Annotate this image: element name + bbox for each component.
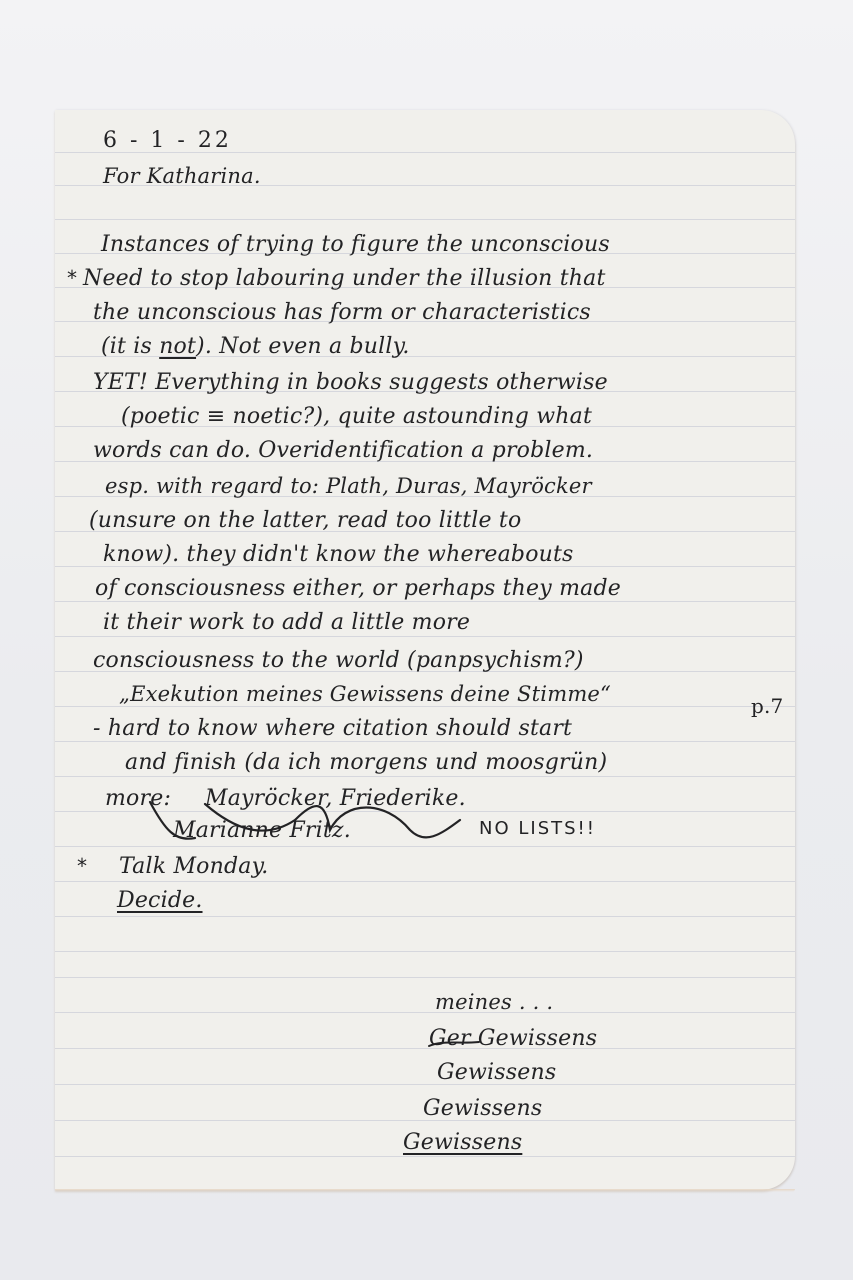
ruled-line <box>55 977 795 978</box>
ruled-line <box>55 1012 795 1013</box>
body-line: (poetic ≡ noetic?), quite astounding wha… <box>121 406 592 428</box>
body-line: of consciousness either, or perhaps they… <box>95 578 621 600</box>
body-line: esp. with regard to: Plath, Duras, Mayrö… <box>105 476 592 497</box>
ruled-line <box>55 881 795 882</box>
ruled-line <box>55 706 795 707</box>
ruled-line <box>55 1084 795 1085</box>
asterisk-marker: * <box>77 856 87 876</box>
notebook-page: 6 - 1 - 22 For Katharina. Instances of t… <box>55 110 795 1190</box>
body-line: Instances of trying to figure the uncons… <box>101 234 610 256</box>
draft-line: Gewissens <box>437 1062 556 1084</box>
no-lists-note: NO LISTS!! <box>479 820 596 838</box>
more-label: more: <box>105 788 171 810</box>
asterisk-marker: * <box>67 268 77 288</box>
ruled-line <box>55 916 795 917</box>
body-line: words can do. Overidentification a probl… <box>93 440 593 462</box>
todo-item: Talk Monday. <box>119 856 268 878</box>
ruled-line <box>55 219 795 220</box>
ruled-line <box>55 601 795 602</box>
page-reference-note: p.7 <box>751 696 784 716</box>
ruled-line <box>55 846 795 847</box>
body-line: (unsure on the latter, read too little t… <box>89 510 521 532</box>
quote-line: „Exekution meines Gewissens deine Stimme… <box>119 684 611 705</box>
body-line-text: (it is not). Not even a bully. <box>101 334 410 359</box>
draft-line-with-struck-prefix: Ger Gewissens <box>429 1028 597 1050</box>
ruled-line <box>55 776 795 777</box>
struck-names-line2: Marianne Fritz. <box>173 820 351 842</box>
page-bottom-edge <box>55 1189 795 1192</box>
ruled-line <box>55 636 795 637</box>
body-line: the unconscious has form or characterist… <box>93 302 591 324</box>
body-line: know). they didn't know the whereabouts <box>103 544 574 566</box>
ruled-line <box>55 741 795 742</box>
body-line: consciousness to the world (panpsychism?… <box>93 650 584 672</box>
struck-names-line1: Mayröcker, Friederike. <box>205 788 466 810</box>
body-line: Need to stop labouring under the illusio… <box>83 268 606 290</box>
draft-line-underlined: Gewissens <box>403 1132 522 1154</box>
body-line: - hard to know where citation should sta… <box>93 718 572 740</box>
ruled-line <box>55 951 795 952</box>
ruled-line <box>55 1156 795 1157</box>
draft-line: meines . . . <box>435 992 553 1013</box>
dedication: For Katharina. <box>103 166 261 187</box>
body-line: it their work to add a little more <box>103 612 470 634</box>
todo-item-underlined: Decide. <box>117 890 203 912</box>
entry-date: 6 - 1 - 22 <box>103 130 232 152</box>
ruled-line <box>55 1048 795 1049</box>
body-line: YET! Everything in books suggests otherw… <box>93 372 608 394</box>
draft-line: Gewissens <box>423 1098 542 1120</box>
body-line: (it is not). Not even a bully. <box>101 336 410 358</box>
body-line: and finish (da ich morgens und moosgrün) <box>125 752 607 774</box>
underlined-word: not <box>159 334 196 359</box>
ruled-line <box>55 811 795 812</box>
